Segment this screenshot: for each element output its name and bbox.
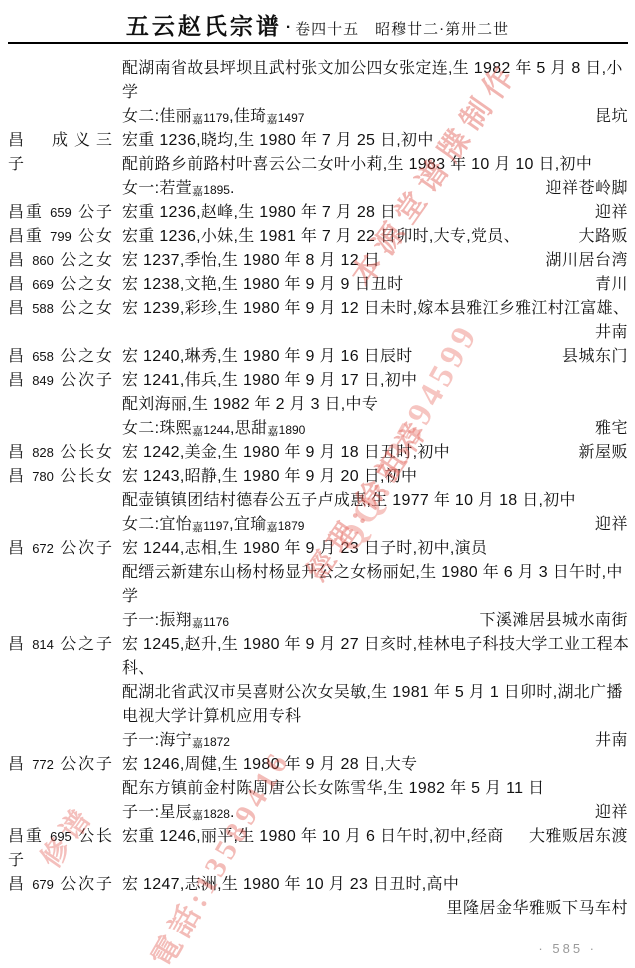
entry-text: 宏 1239,彩珍,生 1980 年 9 月 12 日未时,嫁本县雅江乡雅江村江…	[122, 297, 628, 321]
entry-line: 昌 672 公次子 宏 1244,志相,生 1980 年 9 月 23 日子时,…	[8, 537, 628, 561]
entry-text: 宏重 1236,小妹,生 1981 年 7 月 22 日卯时,大专,党员、	[122, 225, 578, 249]
entry-text: 宏 1242,美金,生 1980 年 9 月 18 日丑时,初中	[122, 441, 578, 465]
lineage-label: 昌重 659 公子	[8, 201, 122, 225]
lineage-label	[8, 393, 122, 417]
residence-note: 里隆居金华雅贩下马车村	[446, 897, 628, 921]
entry-line: 女二:珠熙嘉1244,思甜嘉1890 雅宅	[8, 417, 628, 441]
residence-note: 新屋贩	[578, 441, 628, 465]
lineage-label	[8, 681, 122, 705]
entry-line: 昌 679 公次子 宏 1247,志洲,生 1980 年 10 月 23 日丑时…	[8, 873, 628, 897]
entry-text: 子一:星辰嘉1828.	[122, 801, 595, 825]
residence-note: 井南	[595, 729, 628, 753]
entry-text: 女二:宜怡嘉1197,宜瑜嘉1879	[122, 513, 595, 537]
entry-line: 昌 772 公次子 宏 1246,周健,生 1980 年 9 月 28 日,大专	[8, 753, 628, 777]
residence-note: 青川	[595, 273, 628, 297]
lineage-label: 昌重 695 公长	[8, 825, 122, 849]
entry-text: 宏 1244,志相,生 1980 年 9 月 23 日子时,初中,演员	[122, 537, 628, 561]
entry-line: 配刘海丽,生 1982 年 2 月 3 日,中专	[8, 393, 628, 417]
page-header: 五云赵氏宗谱·卷四十五 昭穆廿二·第卅二世	[0, 8, 635, 41]
entry-line: 女二:宜怡嘉1197,宜瑜嘉1879 迎祥	[8, 513, 628, 537]
entry-text: 学	[122, 585, 628, 609]
entry-line: 学	[8, 81, 628, 105]
entry-text	[122, 321, 595, 345]
lineage-label	[8, 105, 122, 129]
lineage-label	[8, 897, 122, 921]
lineage-label: 昌 669 公之女	[8, 273, 122, 297]
entry-text: 学	[122, 81, 628, 105]
residence-note: 雅宅	[595, 417, 628, 441]
entry-text: 配前路乡前路村叶喜云公二女叶小莉,生 1983 年 10 月 10 日,初中	[122, 153, 628, 177]
residence-note: 下溪滩居县城水南街	[479, 609, 628, 633]
entry-text: 配东方镇前金村陈周唐公长女陈雪华,生 1982 年 5 月 11 日	[122, 777, 628, 801]
lineage-label	[8, 585, 122, 609]
entry-text: 配湖北省武汉市吴喜财公次女吴敏,生 1981 年 5 月 1 日卯时,湖北广播	[122, 681, 628, 705]
entry-line: 井南	[8, 321, 628, 345]
entry-text: 宏 1245,赵升,生 1980 年 9 月 27 日亥时,桂林电子科技大学工业…	[122, 633, 628, 657]
entry-text: 宏 1247,志洲,生 1980 年 10 月 23 日丑时,高中	[122, 873, 628, 897]
lineage-label: 昌 588 公之女	[8, 297, 122, 321]
entry-text: 科、	[122, 657, 628, 681]
entry-text: 女一:若萱嘉1895.	[122, 177, 545, 201]
entry-line: 昌 669 公之女 宏 1238,文艳,生 1980 年 9 月 9 日丑时 青…	[8, 273, 628, 297]
lineage-label: 昌 679 公次子	[8, 873, 122, 897]
entry-line: 电视大学计算机应用专科	[8, 705, 628, 729]
entry-text: 女二:珠熙嘉1244,思甜嘉1890	[122, 417, 595, 441]
lineage-label: 昌 828 公长女	[8, 441, 122, 465]
entry-line: 科、	[8, 657, 628, 681]
entry-text	[122, 849, 628, 873]
entry-line: 昌 588 公之女 宏 1239,彩珍,生 1980 年 9 月 12 日未时,…	[8, 297, 628, 321]
entry-text: 宏重 1246,丽平,生 1980 年 10 月 6 日午时,初中,经商	[122, 825, 529, 849]
lineage-label: 昌重 799 公女	[8, 225, 122, 249]
entry-line: 子一:振翔嘉1176 下溪滩居县城水南街	[8, 609, 628, 633]
entry-line: 子一:星辰嘉1828. 迎祥	[8, 801, 628, 825]
lineage-label: 昌 672 公次子	[8, 537, 122, 561]
volume-subtitle: 卷四十五 昭穆廿二·第卅二世	[295, 22, 509, 38]
entry-text: 配湖南省故县坪坝且武村张文加公四女张定连,生 1982 年 5 月 8 日,小	[122, 57, 628, 81]
lineage-label	[8, 177, 122, 201]
entry-line: 女一:若萱嘉1895. 迎祥苍岭脚	[8, 177, 628, 201]
entry-line: 昌 成义三 宏重 1236,晓均,生 1980 年 7 月 25 日,初中	[8, 129, 628, 153]
entry-text	[122, 897, 446, 921]
lineage-label: 昌 849 公次子	[8, 369, 122, 393]
entry-line: 子一:海宁嘉1872 井南	[8, 729, 628, 753]
entry-text: 配刘海丽,生 1982 年 2 月 3 日,中专	[122, 393, 628, 417]
header-divider	[8, 42, 628, 44]
residence-note: 井南	[595, 321, 628, 345]
entry-line: 子 配前路乡前路村叶喜云公二女叶小莉,生 1983 年 10 月 10 日,初中	[8, 153, 628, 177]
entry-line: 昌 828 公长女 宏 1242,美金,生 1980 年 9 月 18 日丑时,…	[8, 441, 628, 465]
entry-line: 昌重 695 公长 宏重 1246,丽平,生 1980 年 10 月 6 日午时…	[8, 825, 628, 849]
residence-note: 迎祥	[595, 801, 628, 825]
entry-text: 宏 1246,周健,生 1980 年 9 月 28 日,大专	[122, 753, 628, 777]
lineage-label: 昌 814 公之子	[8, 633, 122, 657]
entry-text: 子一:海宁嘉1872	[122, 729, 595, 753]
entry-text: 配缙云新建东山杨村杨显升公之女杨丽妃,生 1980 年 6 月 3 日午时,中	[122, 561, 628, 585]
entry-line: 昌 780 公长女 宏 1243,昭静,生 1980 年 9 月 20 日,初中	[8, 465, 628, 489]
entry-text: 子一:振翔嘉1176	[122, 609, 479, 633]
lineage-label	[8, 561, 122, 585]
lineage-label	[8, 417, 122, 441]
lineage-label	[8, 513, 122, 537]
lineage-label	[8, 705, 122, 729]
lineage-label: 昌 780 公长女	[8, 465, 122, 489]
entry-text: 宏重 1236,晓均,生 1980 年 7 月 25 日,初中	[122, 129, 628, 153]
entry-text: 宏 1241,伟兵,生 1980 年 9 月 17 日,初中	[122, 369, 628, 393]
title-separator-dot: ·	[282, 19, 295, 36]
lineage-label	[8, 489, 122, 513]
lineage-label: 子	[8, 849, 122, 873]
entry-text: 配壶镇镇团结村德春公五子卢成惠,生 1977 年 10 月 18 日,初中	[122, 489, 628, 513]
residence-note: 县城东门	[562, 345, 628, 369]
entry-line: 昌 814 公之子 宏 1245,赵升,生 1980 年 9 月 27 日亥时,…	[8, 633, 628, 657]
lineage-label	[8, 729, 122, 753]
entry-text: 女二:佳丽嘉1179,佳琦嘉1497	[122, 105, 595, 129]
entry-line: 女二:佳丽嘉1179,佳琦嘉1497 昆坑	[8, 105, 628, 129]
entries-list: 配湖南省故县坪坝且武村张文加公四女张定连,生 1982 年 5 月 8 日,小 …	[8, 57, 628, 921]
lineage-label: 昌 658 公之女	[8, 345, 122, 369]
entry-text: 宏 1238,文艳,生 1980 年 9 月 9 日丑时	[122, 273, 595, 297]
entry-line: 昌 849 公次子 宏 1241,伟兵,生 1980 年 9 月 17 日,初中	[8, 369, 628, 393]
entry-line: 昌 860 公之女 宏 1237,季怡,生 1980 年 8 月 12 日 湖川…	[8, 249, 628, 273]
entry-line: 配壶镇镇团结村德春公五子卢成惠,生 1977 年 10 月 18 日,初中	[8, 489, 628, 513]
entry-line: 配缙云新建东山杨村杨显升公之女杨丽妃,生 1980 年 6 月 3 日午时,中	[8, 561, 628, 585]
entry-line: 昌重 659 公子 宏重 1236,赵峰,生 1980 年 7 月 28 日 迎…	[8, 201, 628, 225]
entry-line: 昌重 799 公女 宏重 1236,小妹,生 1981 年 7 月 22 日卯时…	[8, 225, 628, 249]
lineage-label	[8, 801, 122, 825]
lineage-label	[8, 777, 122, 801]
residence-note: 迎祥苍岭脚	[545, 177, 628, 201]
entry-line: 配湖南省故县坪坝且武村张文加公四女张定连,生 1982 年 5 月 8 日,小	[8, 57, 628, 81]
entry-line: 学	[8, 585, 628, 609]
residence-note: 迎祥	[595, 201, 628, 225]
residence-note: 大路贩	[578, 225, 628, 249]
entry-text: 宏重 1236,赵峰,生 1980 年 7 月 28 日	[122, 201, 595, 225]
entry-text: 电视大学计算机应用专科	[122, 705, 628, 729]
lineage-label: 昌 772 公次子	[8, 753, 122, 777]
entry-line: 子	[8, 849, 628, 873]
lineage-label	[8, 57, 122, 81]
entry-line: 昌 658 公之女 宏 1240,琳秀,生 1980 年 9 月 16 日辰时 …	[8, 345, 628, 369]
lineage-label	[8, 81, 122, 105]
entry-line: 里隆居金华雅贩下马车村	[8, 897, 628, 921]
lineage-label	[8, 609, 122, 633]
entry-line: 配湖北省武汉市吴喜财公次女吴敏,生 1981 年 5 月 1 日卯时,湖北广播	[8, 681, 628, 705]
lineage-label	[8, 321, 122, 345]
entry-text: 宏 1243,昭静,生 1980 年 9 月 20 日,初中	[122, 465, 628, 489]
genealogy-page: 五云赵氏宗谱·卷四十五 昭穆廿二·第卅二世 配湖南省故县坪坝且武村张文加公四女张…	[0, 0, 635, 968]
lineage-label: 昌 成义三	[8, 129, 122, 153]
lineage-label: 子	[8, 153, 122, 177]
entry-text: 宏 1237,季怡,生 1980 年 8 月 12 日	[122, 249, 545, 273]
residence-note: 大雅贩居东渡	[529, 825, 628, 849]
lineage-label	[8, 657, 122, 681]
book-title: 五云赵氏宗谱	[126, 14, 282, 39]
residence-note: 昆坑	[595, 105, 628, 129]
residence-note: 迎祥	[595, 513, 628, 537]
lineage-label: 昌 860 公之女	[8, 249, 122, 273]
entry-line: 配东方镇前金村陈周唐公长女陈雪华,生 1982 年 5 月 11 日	[8, 777, 628, 801]
page-number: · 585 ·	[538, 941, 597, 956]
residence-note: 湖川居台湾	[545, 249, 628, 273]
entry-text: 宏 1240,琳秀,生 1980 年 9 月 16 日辰时	[122, 345, 562, 369]
